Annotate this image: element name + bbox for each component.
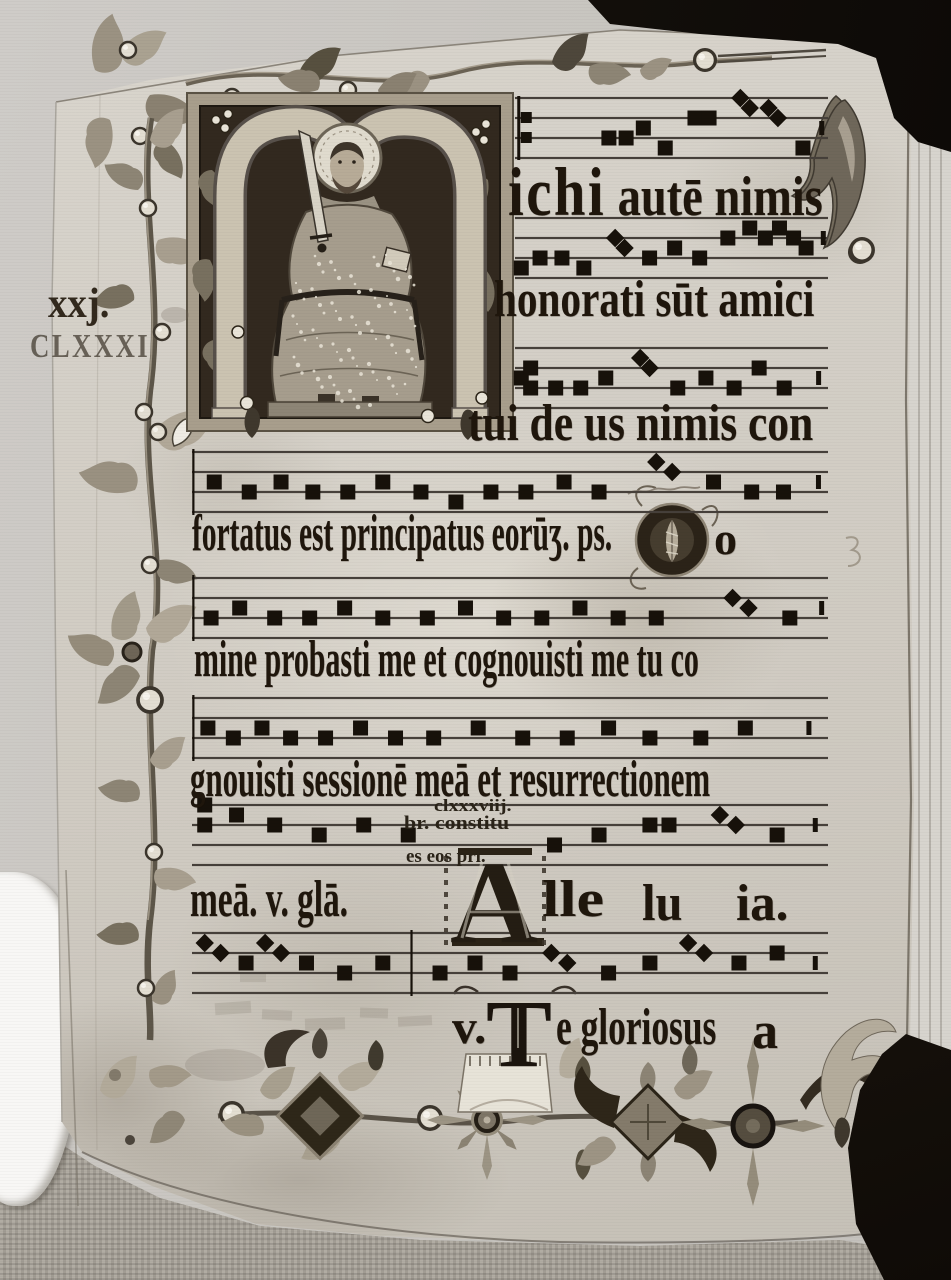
- photo-grain: [0, 0, 951, 1280]
- manuscript-photo: ichi autē nimis honorati sūt amici tui d…: [0, 0, 951, 1280]
